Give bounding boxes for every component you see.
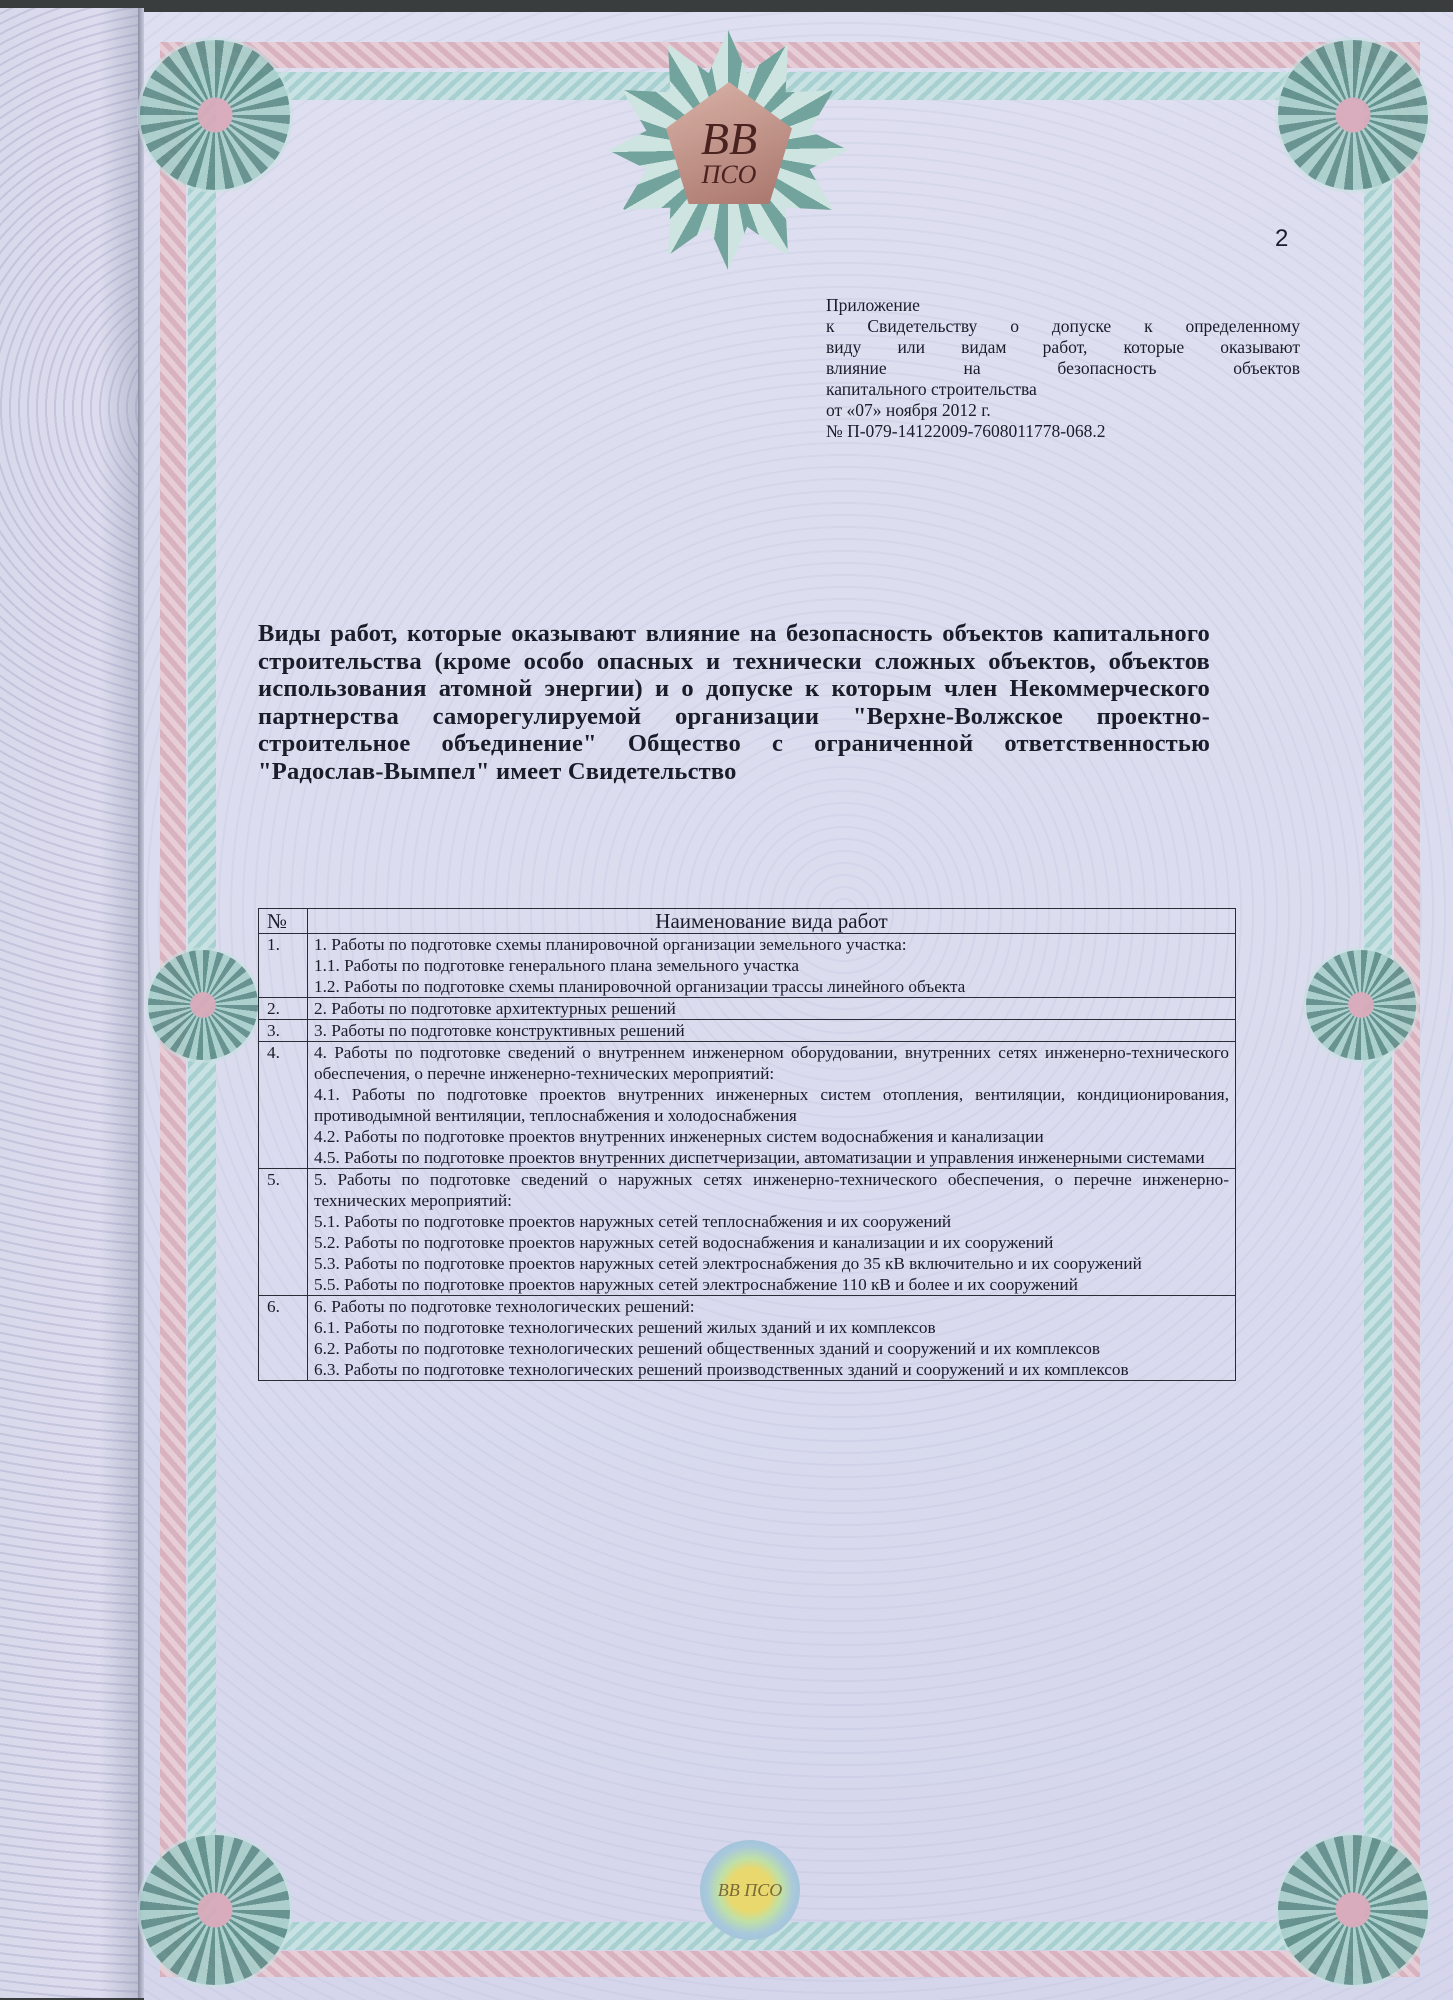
work-item: 4.5. Работы по подготовке проектов внутр… — [314, 1147, 1229, 1168]
row-description: 1. Работы по подготовке схемы планировоч… — [308, 934, 1236, 998]
annex-line: к Свидетельству о допуске к определенном… — [826, 316, 1300, 337]
table-row: 1. 1. Работы по подготовке схемы планиро… — [259, 934, 1236, 998]
row-number: 5. — [259, 1169, 308, 1296]
work-item: 5.2. Работы по подготовке проектов наруж… — [314, 1232, 1229, 1253]
corner-rosette-icon — [140, 40, 290, 190]
work-item: 6.3. Работы по подготовке технологически… — [314, 1359, 1229, 1380]
hologram-seal: ВВ ПСО — [700, 1840, 800, 1940]
row-description: 2. Работы по подготовке архитектурных ре… — [308, 998, 1236, 1020]
row-number: 1. — [259, 934, 308, 998]
table-row: 5. 5. Работы по подготовке сведений о на… — [259, 1169, 1236, 1296]
corner-rosette-icon — [1278, 1835, 1428, 1985]
row-description: 4. Работы по подготовке сведений о внутр… — [308, 1042, 1236, 1169]
work-item: 5. Работы по подготовке сведений о наруж… — [314, 1169, 1229, 1211]
work-item: 6.2. Работы по подготовке технологически… — [314, 1338, 1229, 1359]
side-rosette-icon — [148, 950, 258, 1060]
left-page — [0, 8, 142, 1998]
corner-rosette-icon — [140, 1835, 290, 1985]
work-item: 6. Работы по подготовке технологических … — [314, 1296, 1229, 1317]
emblem-monogram: ВВ — [701, 116, 757, 162]
annex-header: Приложение к Свидетельству о допуске к о… — [826, 295, 1300, 442]
column-header-number: № — [259, 909, 308, 934]
row-number: 6. — [259, 1296, 308, 1381]
column-header-name: Наименование вида работ — [308, 909, 1236, 934]
row-number: 4. — [259, 1042, 308, 1169]
row-number: 3. — [259, 1020, 308, 1042]
organization-emblem: ВВ ПСО — [608, 30, 848, 270]
row-description: 6. Работы по подготовке технологических … — [308, 1296, 1236, 1381]
table-row: 4. 4. Работы по подготовке сведений о вн… — [259, 1042, 1236, 1169]
work-item: 2. Работы по подготовке архитектурных ре… — [314, 998, 1229, 1019]
annex-date: от «07» ноября 2012 г. — [826, 400, 1300, 421]
annex-line: влияние на безопасность объектов — [826, 358, 1300, 379]
table-row: 3. 3. Работы по подготовке конструктивны… — [259, 1020, 1236, 1042]
work-item: 3. Работы по подготовке конструктивных р… — [314, 1020, 1229, 1041]
work-item: 5.1. Работы по подготовке проектов наруж… — [314, 1211, 1229, 1232]
hologram-text: ВВ ПСО — [718, 1880, 783, 1901]
row-description: 5. Работы по подготовке сведений о наруж… — [308, 1169, 1236, 1296]
work-item: 5.5. Работы по подготовке проектов наруж… — [314, 1274, 1229, 1295]
corner-rosette-icon — [1278, 40, 1428, 190]
work-item: 5.3. Работы по подготовке проектов наруж… — [314, 1253, 1229, 1274]
work-item: 6.1. Работы по подготовке технологически… — [314, 1317, 1229, 1338]
side-rosette-icon — [1306, 950, 1416, 1060]
work-item: 1. Работы по подготовке схемы планировоч… — [314, 934, 1229, 955]
works-table: № Наименование вида работ 1. 1. Работы п… — [258, 908, 1236, 1381]
annex-line: капитального строительства — [826, 379, 1300, 400]
work-item: 4. Работы по подготовке сведений о внутр… — [314, 1042, 1229, 1084]
page-number: 2 — [1275, 225, 1288, 253]
work-item: 1.2. Работы по подготовке схемы планиров… — [314, 976, 1229, 997]
emblem-abbreviation: ПСО — [702, 162, 757, 188]
table-row: 6. 6. Работы по подготовке технологическ… — [259, 1296, 1236, 1381]
annex-certificate-number: № П-079-14122009-7608011778-068.2 — [826, 421, 1300, 442]
row-description: 3. Работы по подготовке конструктивных р… — [308, 1020, 1236, 1042]
work-item: 1.1. Работы по подготовке генерального п… — [314, 955, 1229, 976]
annex-line: виду или видам работ, которые оказывают — [826, 337, 1300, 358]
annex-heading: Приложение — [826, 295, 1300, 316]
table-header-row: № Наименование вида работ — [259, 909, 1236, 934]
row-number: 2. — [259, 998, 308, 1020]
document-title: Виды работ, которые оказывают влияние на… — [258, 620, 1210, 785]
table-row: 2. 2. Работы по подготовке архитектурных… — [259, 998, 1236, 1020]
work-item: 4.1. Работы по подготовке проектов внутр… — [314, 1084, 1229, 1126]
work-item: 4.2. Работы по подготовке проектов внутр… — [314, 1126, 1229, 1147]
